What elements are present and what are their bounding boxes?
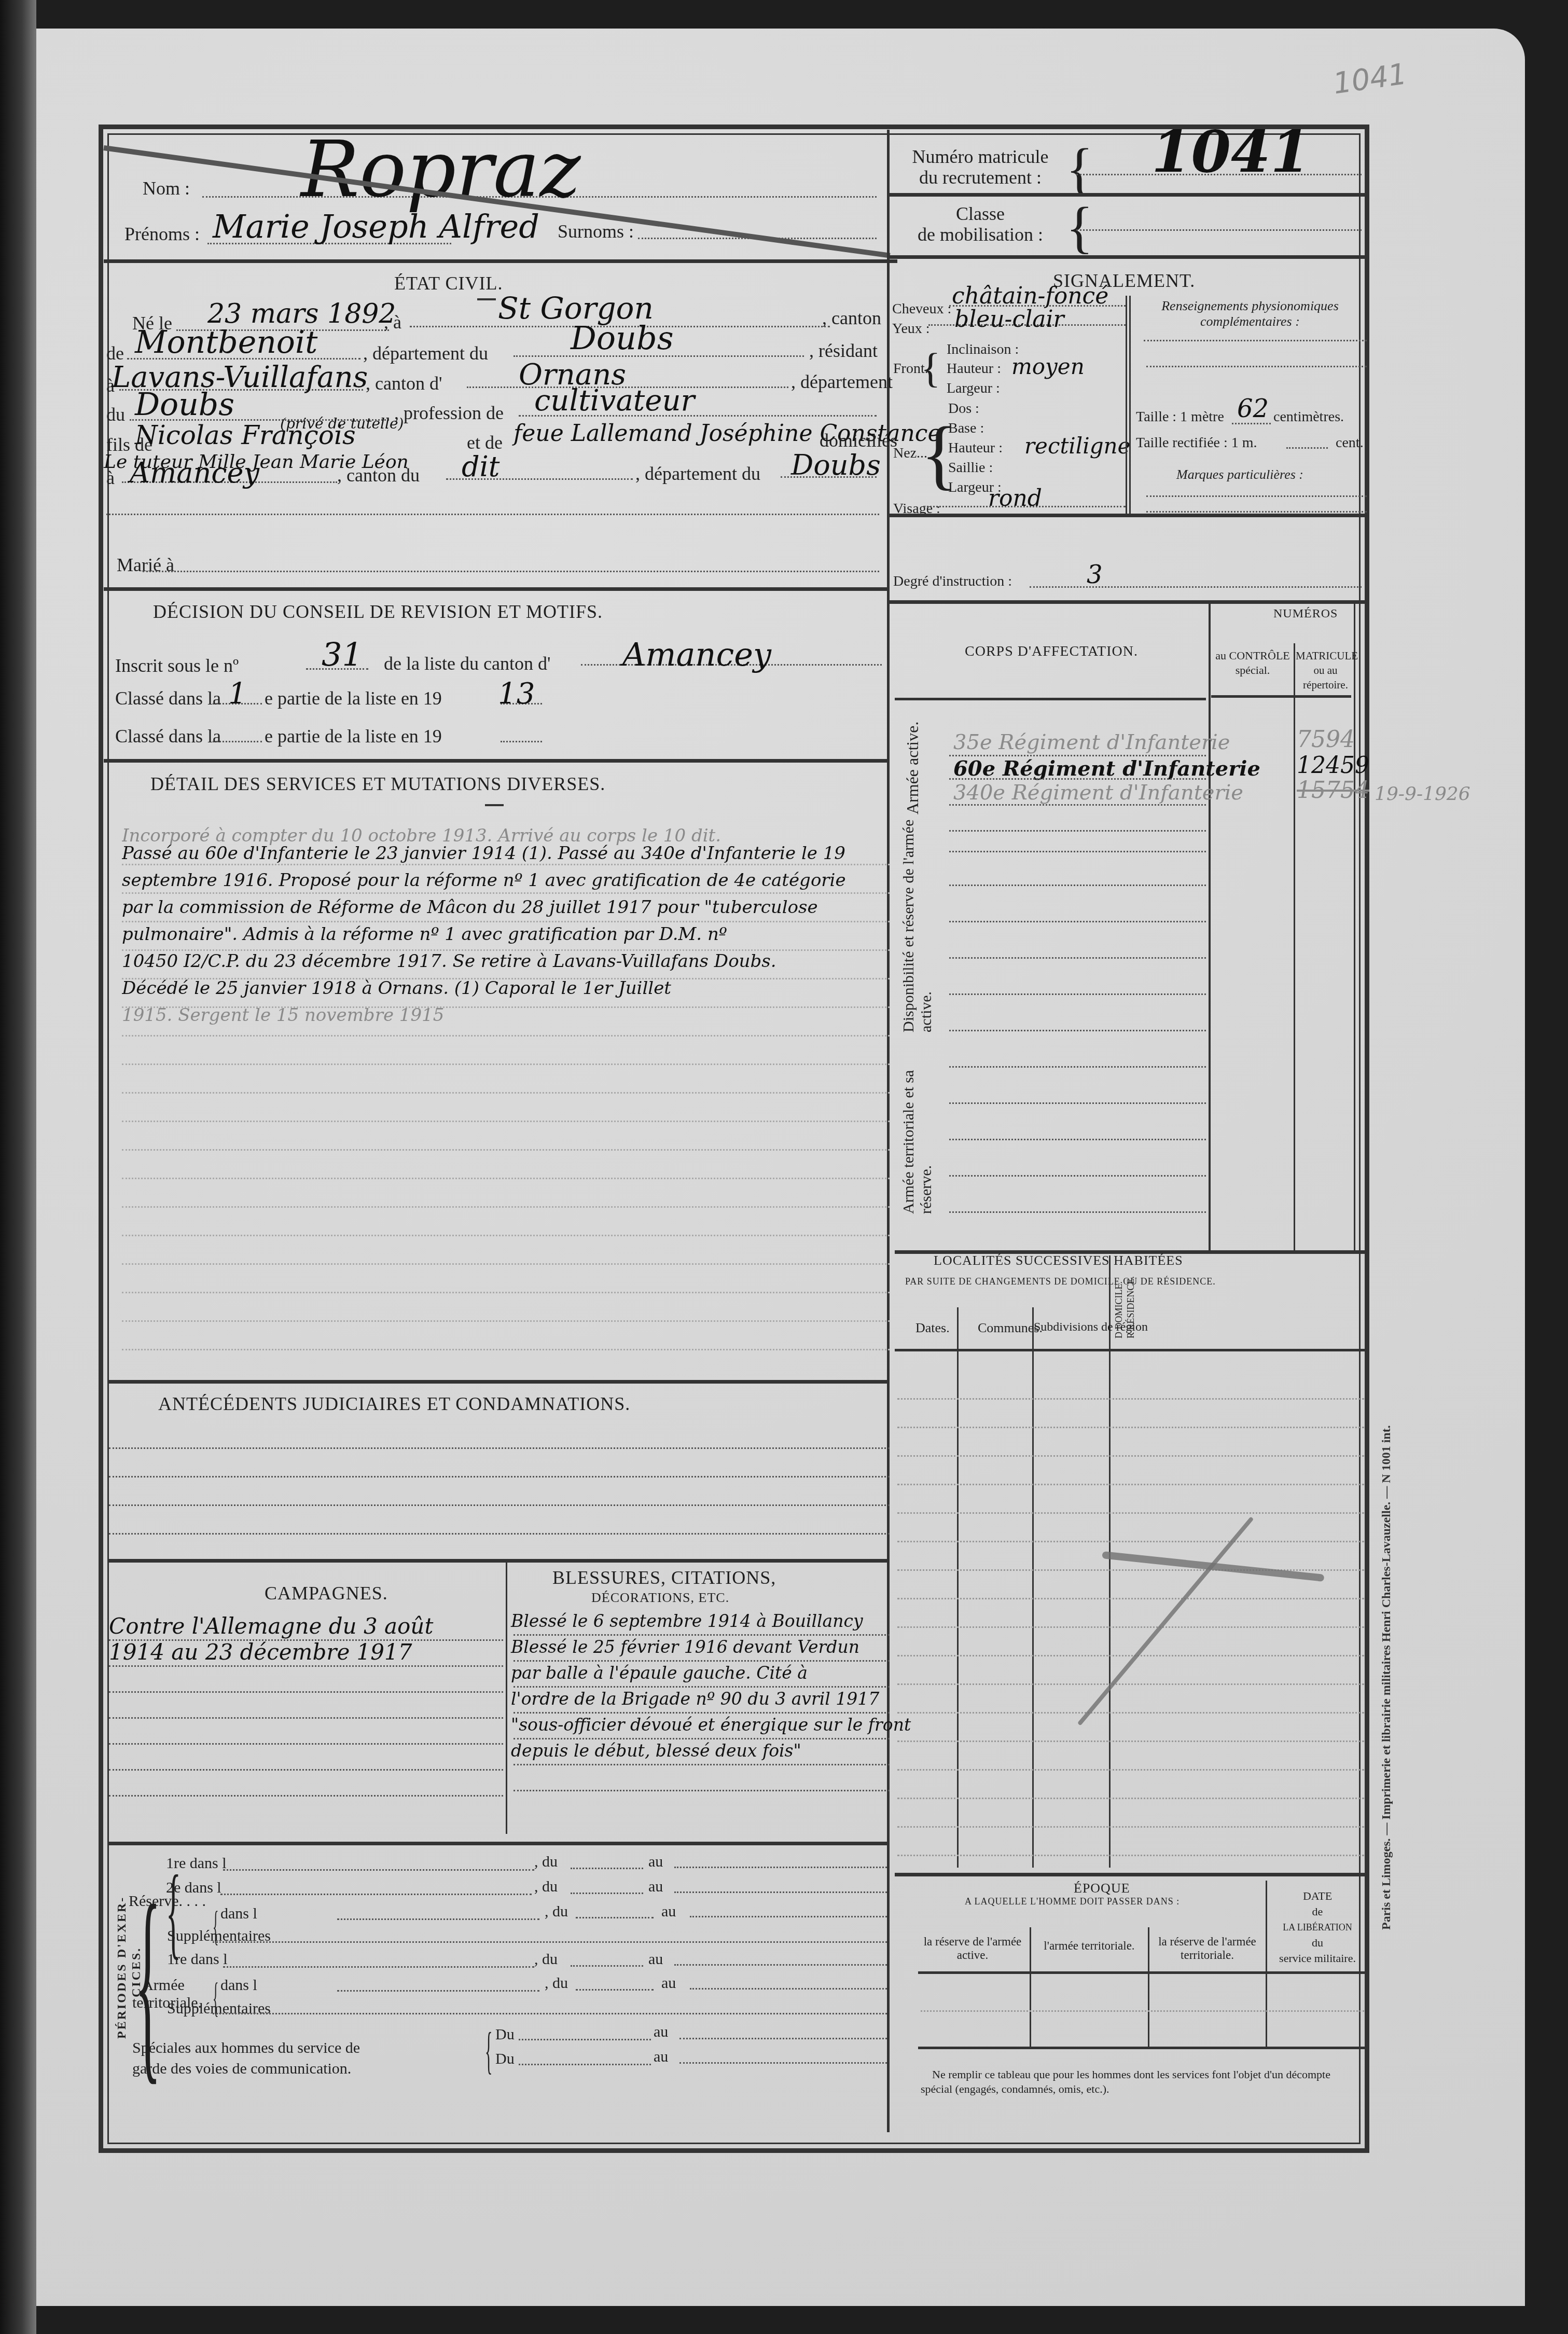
title-underline <box>477 298 496 300</box>
date-lib-line: service militaire. <box>1268 1951 1367 1966</box>
field-line <box>949 1102 1206 1104</box>
nom-label: Nom : <box>143 177 190 199</box>
field-line <box>122 1263 890 1265</box>
territoriale-1re: 1re dans l <box>167 1951 228 1968</box>
affectation-row-matricule: 12459 <box>1297 752 1369 779</box>
birth-canton: Montbenoit <box>135 324 317 361</box>
field-line <box>690 1916 887 1917</box>
column-divider <box>1294 643 1295 1250</box>
liste-canton-label: de la liste du canton d' <box>384 653 550 674</box>
divider <box>109 1842 890 1845</box>
field-line <box>897 1712 1364 1714</box>
nez-value: rectiligne <box>1024 433 1130 459</box>
du-label: Du <box>495 2050 515 2068</box>
nez-base-label: Base : <box>948 420 984 437</box>
divider <box>918 2047 1367 2049</box>
nez-hauteur-label: Hauteur : <box>948 440 1003 457</box>
brace: { <box>213 1903 219 1950</box>
affectation-row-corps: 35e Régiment d'Infanterie <box>953 730 1230 754</box>
speciales-line2: garde des voies de communication. <box>132 2059 360 2079</box>
column-divider <box>1129 296 1131 514</box>
classe-label: Classé dans la <box>115 687 221 709</box>
canton-du-label: , canton du <box>337 464 420 486</box>
visage-value: rond <box>988 485 1042 512</box>
epoque-note: Ne remplir ce tableau que pour les homme… <box>921 2067 1362 2096</box>
premiere-label: 1re dans l <box>167 1951 228 1968</box>
date-lib-line: DATE <box>1268 1888 1367 1904</box>
column-divider <box>1126 296 1127 514</box>
section-title: LOCALITÉS SUCCESSIVES HABITÉES <box>934 1253 1183 1268</box>
affectation-row-matricule: 7594 <box>1297 726 1355 753</box>
section-subtitle: DÉCORATIONS, ETC. <box>591 1590 729 1606</box>
au-label: au <box>661 1974 676 1992</box>
divider <box>104 759 890 763</box>
matricule-header: MATRICULE ou au répertoire. <box>1296 648 1355 692</box>
territoriale-label: Armée territoriale et sa réserve. <box>900 1048 935 1214</box>
front-value: moyen <box>1011 354 1085 379</box>
field-line <box>897 1683 1364 1685</box>
speciales-line1: Spéciales aux hommes du service de <box>132 2038 360 2059</box>
field-line <box>337 1918 539 1920</box>
field-line <box>122 949 890 951</box>
au-label: au <box>654 2048 668 2066</box>
field-line <box>571 1868 643 1869</box>
canton-label: , canton <box>822 307 881 329</box>
column-divider <box>1032 1307 1034 1868</box>
departement-du-label: , département du <box>363 342 488 364</box>
nez-dos-label: Dos : <box>948 400 979 417</box>
renseignements-line2: complémentaires : <box>1136 314 1364 329</box>
field-line <box>949 1139 1206 1140</box>
parents-canton: dit <box>462 450 500 483</box>
affectation-row-matricule: 15754 <box>1297 777 1369 804</box>
field-line <box>949 993 1206 995</box>
brace: { <box>921 345 940 392</box>
section-title: DÉTAIL DES SERVICES ET MUTATIONS DIVERSE… <box>150 773 605 795</box>
profession: cultivateur <box>534 384 695 418</box>
brace: { <box>213 1974 219 2022</box>
classe-label-line2: de mobilisation : <box>895 224 1066 245</box>
field-line <box>109 1743 503 1745</box>
au-label: au <box>648 1853 663 1871</box>
field-line <box>514 1712 890 1714</box>
field-line <box>122 921 890 922</box>
classe1-partie: 1 <box>228 677 247 711</box>
column-divider <box>506 1559 507 1834</box>
field-line <box>897 1798 1364 1799</box>
divider <box>104 259 897 263</box>
column-divider <box>1266 1881 1267 2047</box>
au-label: au <box>648 1878 663 1896</box>
field-line <box>501 741 542 742</box>
nez-saillie-label: Saillie : <box>948 460 993 476</box>
divider <box>895 698 1206 700</box>
field-line <box>897 1626 1364 1628</box>
profession-label: , profession de <box>394 402 504 424</box>
matricule-value: 1041 <box>1151 118 1310 185</box>
field-line <box>949 1030 1206 1031</box>
field-line <box>949 851 1206 852</box>
field-line <box>897 1855 1364 1856</box>
degre-instruction-value: 3 <box>1087 560 1103 589</box>
departement-du-label: , département du <box>635 463 760 485</box>
field-line <box>949 885 1206 886</box>
field-line <box>122 1092 890 1094</box>
section-title: ÉTAT CIVIL. <box>394 272 503 294</box>
field-line <box>109 1795 503 1797</box>
taille-unit: centimètres. <box>1273 409 1344 425</box>
field-line <box>690 1988 887 1990</box>
residant-label: , résidant <box>809 340 878 362</box>
renseignements-label: Renseignements physionomiques complément… <box>1136 298 1364 329</box>
field-line <box>223 1869 534 1871</box>
field-line <box>897 1398 1364 1400</box>
field-line <box>674 1867 887 1868</box>
field-line <box>109 1769 503 1771</box>
field-line <box>1146 366 1367 367</box>
field-line <box>109 1665 503 1667</box>
classe-label-line1: Classe <box>895 203 1066 224</box>
controle-header: au CONTRÔLE spécial. <box>1211 648 1294 678</box>
divider <box>890 600 1367 604</box>
field-line <box>897 1598 1364 1599</box>
field-line <box>109 1476 890 1477</box>
inscrit-numero: 31 <box>322 636 363 673</box>
field-line <box>122 1235 890 1236</box>
speciales-label: Spéciales aux hommes du service de garde… <box>132 2038 360 2079</box>
field-line <box>109 1447 890 1449</box>
field-line <box>949 1175 1206 1177</box>
field-line <box>109 1504 890 1506</box>
section-title: CORPS D'AFFECTATION. <box>965 643 1138 660</box>
affectation-row-corps: 60e Régiment d'Infanterie <box>953 756 1260 781</box>
divider <box>895 1349 1367 1351</box>
field-line <box>514 1686 890 1688</box>
divider <box>109 1380 890 1384</box>
du-label: , du <box>534 1878 558 1896</box>
field-line <box>1286 447 1328 449</box>
field-line <box>213 2013 887 2014</box>
field-line <box>1146 511 1367 513</box>
section-subtitle: A LAQUELLE L'HOMME DOIT PASSER DANS : <box>965 1896 1180 1907</box>
book-spine <box>0 0 36 2334</box>
front-inclinaison-label: Inclinaison : <box>947 341 1019 358</box>
field-line <box>122 1349 890 1350</box>
field-line <box>571 1893 643 1894</box>
reserve-2e: 2e dans l <box>166 1879 221 1897</box>
col-date-liberation: DATE de LA LIBÉRATION du service militai… <box>1268 1888 1367 1966</box>
field-line <box>949 778 1206 780</box>
date-lib-line: LA LIBÉRATION <box>1268 1919 1367 1935</box>
blessures-line: depuis le début, blessé deux fois" <box>511 1741 801 1761</box>
field-line <box>679 2038 887 2039</box>
column-divider <box>1148 1927 1149 2047</box>
matricule-label-line1: Numéro matricule <box>895 146 1066 167</box>
column-divider <box>1030 1927 1031 2047</box>
section-title: ÉPOQUE <box>1074 1881 1130 1896</box>
divider <box>895 1873 1367 1876</box>
surnoms-label: Surnoms : <box>558 220 634 242</box>
field-line <box>897 1569 1364 1571</box>
field-line <box>109 1691 503 1693</box>
du-label: du <box>106 404 125 425</box>
field-line <box>514 1790 890 1791</box>
date-lib-line: de <box>1268 1904 1367 1919</box>
field-line <box>1030 586 1362 588</box>
prenoms-label: Prénoms : <box>124 223 200 245</box>
field-line <box>122 1206 890 1208</box>
field-line <box>122 864 890 865</box>
blessures-line: l'ordre de la Brigade nº 90 du 3 avril 1… <box>511 1689 879 1709</box>
brace: { <box>1066 195 1093 260</box>
supplementaires-label: Supplémentaires <box>167 2000 271 2018</box>
field-line <box>949 957 1206 959</box>
field-line <box>514 1764 890 1765</box>
field-line <box>576 1917 654 1918</box>
campagnes-line: 1914 au 23 décembre 1917 <box>109 1639 412 1665</box>
field-line <box>921 2010 1364 2012</box>
field-line <box>122 1121 890 1122</box>
field-line <box>897 1484 1364 1485</box>
field-line <box>122 892 890 894</box>
dans-l-label: dans l <box>220 1905 257 1923</box>
field-line <box>337 1990 539 1992</box>
parents-domicile: Amancey <box>130 457 259 489</box>
margin-date-note: 19-9-1926 <box>1375 783 1470 805</box>
field-line <box>122 1292 890 1293</box>
degre-instruction-label: Degré d'instruction : <box>893 573 1012 590</box>
nom-value: Ropraz <box>301 125 580 215</box>
armee-active-label: Armée active. <box>904 722 921 814</box>
field-line <box>213 1941 887 1943</box>
renseignements-line1: Renseignements physionomiques <box>1136 298 1364 314</box>
divider <box>890 193 1367 197</box>
field-line <box>514 1738 890 1739</box>
field-line <box>1146 495 1367 497</box>
classe-label: Classe de mobilisation : <box>895 203 1066 245</box>
divider <box>109 1559 890 1563</box>
parents-department: Doubs <box>791 449 881 481</box>
field-line <box>122 1035 890 1037</box>
col-reserve-active: la réserve de l'armée active. <box>918 1935 1027 1962</box>
premiere-label: 1re dans l <box>166 1855 227 1872</box>
field-line <box>213 741 262 742</box>
col-dates: Dates. <box>915 1320 950 1336</box>
field-line <box>122 1320 890 1322</box>
classe1-annee: 13 <box>498 677 535 711</box>
col-reserve-territoriale: la réserve de l'armée territoriale. <box>1151 1935 1263 1962</box>
front-largeur-label: Largeur : <box>947 380 1000 397</box>
col-residence: R RÉSIDENCE. <box>1126 1276 1136 1338</box>
field-line <box>949 1211 1206 1213</box>
field-line <box>949 804 1206 806</box>
field-line <box>519 2039 651 2040</box>
canton-value: Amancey <box>622 636 771 673</box>
field-line <box>106 514 879 515</box>
field-line <box>949 921 1206 922</box>
column-divider <box>957 1307 959 1868</box>
section-subtitle: PAR SUITE DE CHANGEMENTS DE DOMICILE OU … <box>905 1276 1216 1287</box>
disponibilite-label: Disponibilité et réserve de l'armée acti… <box>900 814 935 1032</box>
field-line <box>143 571 879 572</box>
field-line <box>122 1006 890 1008</box>
field-line <box>122 1178 890 1179</box>
col-communes: Communes. <box>978 1320 1043 1336</box>
field-line <box>519 2064 651 2065</box>
field-line <box>897 1769 1364 1771</box>
field-line <box>897 1741 1364 1742</box>
brace: { <box>1066 136 1093 202</box>
brace: { <box>485 2021 492 2080</box>
divider <box>890 255 1367 259</box>
classe-field-line <box>1076 229 1362 231</box>
field-line <box>949 830 1206 832</box>
field-line <box>897 1655 1364 1656</box>
section-title: DÉCISION DU CONSEIL DE REVISION ET MOTIF… <box>153 601 603 623</box>
dans-l-label: dans l <box>220 1977 257 1994</box>
field-line <box>122 1149 890 1151</box>
domicilies-label: domiciliés <box>820 430 897 451</box>
title-underline <box>485 804 504 806</box>
col-armee-territoriale: l'armée territoriale. <box>1035 1939 1144 1953</box>
services-text: Incorporé à compter du 10 octobre 1913. … <box>122 817 890 1034</box>
au-label: au <box>648 1951 663 1968</box>
section-title: BLESSURES, CITATIONS, <box>552 1567 776 1589</box>
departement-label: , département <box>791 371 893 393</box>
father-note: (privé de tutelle) <box>280 415 404 432</box>
field-line <box>897 1541 1364 1542</box>
classe-suffix: e partie de la liste en 19 <box>265 687 442 709</box>
field-line <box>514 1634 890 1636</box>
reserve-1re: 1re dans l <box>166 1855 227 1872</box>
blessures-line: Blessé le 25 février 1916 devant Verdun <box>511 1637 859 1657</box>
field-line <box>674 1964 887 1966</box>
territoriale-line1: Armée <box>132 1977 195 1994</box>
blessures-line: Blessé le 6 septembre 1914 à Bouillancy <box>511 1611 863 1631</box>
column-divider <box>1209 602 1211 1250</box>
field-line <box>571 1965 643 1967</box>
field-line <box>122 978 890 979</box>
field-line <box>897 1427 1364 1428</box>
au-label: au <box>654 2023 668 2041</box>
section-title: CAMPAGNES. <box>265 1582 388 1604</box>
taille-rectifiee-unit: cent. <box>1336 435 1364 451</box>
field-line <box>674 1891 887 1893</box>
date-lib-line: du <box>1268 1935 1367 1951</box>
inscrit-label: Inscrit sous le nº <box>115 655 239 676</box>
affectation-row-corps: 340e Régiment d'Infanterie <box>953 781 1243 805</box>
du-label: , du <box>534 1853 558 1871</box>
classe-suffix: e partie de la liste en 19 <box>265 725 442 747</box>
blessures-line: "sous-officier dévoué et énergique sur l… <box>511 1715 911 1735</box>
du-label: , du <box>534 1951 558 1968</box>
au-label: au <box>661 1903 676 1921</box>
blessures-line: par balle à l'épaule gauche. Cité à <box>511 1663 808 1683</box>
field-line <box>679 2062 887 2064</box>
yeux-label: Yeux : <box>892 321 930 337</box>
field-line <box>122 1064 890 1065</box>
col-domicile: D DOMICILE. <box>1114 1281 1125 1338</box>
marques-label: Marques particulières : <box>1176 467 1303 482</box>
residence-department: Doubs <box>135 386 234 423</box>
field-line <box>897 1512 1364 1514</box>
field-line <box>109 1533 890 1535</box>
column-divider <box>1109 1255 1111 1868</box>
numeros-title: NUMÉROS <box>1273 607 1338 621</box>
marie-label: Marié à <box>117 554 174 576</box>
deuxieme-label: 2e dans l <box>166 1879 221 1896</box>
divider <box>1211 695 1351 698</box>
a-label: à <box>106 467 115 489</box>
du-label: , du <box>545 1974 568 1992</box>
campagnes-line: Contre l'Allemagne du 3 août <box>109 1613 433 1639</box>
field-line <box>897 1455 1364 1457</box>
a-label: , à <box>384 311 401 333</box>
printer-imprint: Paris et Limoges. — Imprimerie et librai… <box>1380 1425 1394 1930</box>
cheveux-label: Cheveux : <box>892 301 951 317</box>
field-line <box>576 1989 654 1991</box>
front-hauteur-label: Hauteur : <box>947 361 1001 377</box>
side-label: PÉRIODES D'EXER- <box>115 1896 129 2039</box>
field-line <box>949 1066 1206 1068</box>
canton-d-label: , canton d' <box>366 372 442 394</box>
field-line <box>514 1660 890 1662</box>
divider <box>104 587 890 591</box>
du-label: , du <box>545 1903 568 1921</box>
field-line <box>109 1717 503 1719</box>
du-label: Du <box>495 2026 515 2043</box>
divider <box>890 514 1367 517</box>
matricule-label: Numéro matricule du recrutement : <box>895 146 1066 188</box>
prenoms-value: Marie Joseph Alfred <box>213 208 539 245</box>
taille-value: 62 <box>1237 394 1269 423</box>
matricule-label-line2: du recrutement : <box>895 167 1066 188</box>
birth-department: Doubs <box>571 319 673 357</box>
column-divider <box>1354 602 1355 1250</box>
classe-label: Classé dans la <box>115 725 221 747</box>
field-line <box>223 1966 534 1968</box>
taille-label: Taille : 1 mètre <box>1136 409 1224 425</box>
field-line <box>109 1639 503 1641</box>
field-line <box>897 1826 1364 1828</box>
divider <box>918 1971 1367 1974</box>
taille-rectifiee-label: Taille rectifiée : 1 m. <box>1136 435 1257 451</box>
field-line <box>1144 340 1367 341</box>
cheveux-value: châtain-foncé <box>952 283 1108 309</box>
section-title: ANTÉCÉDENTS JUDICIAIRES ET CONDAMNATIONS… <box>158 1393 630 1415</box>
yeux-value: bleu-clair <box>954 306 1064 333</box>
field-line <box>220 1894 532 1895</box>
